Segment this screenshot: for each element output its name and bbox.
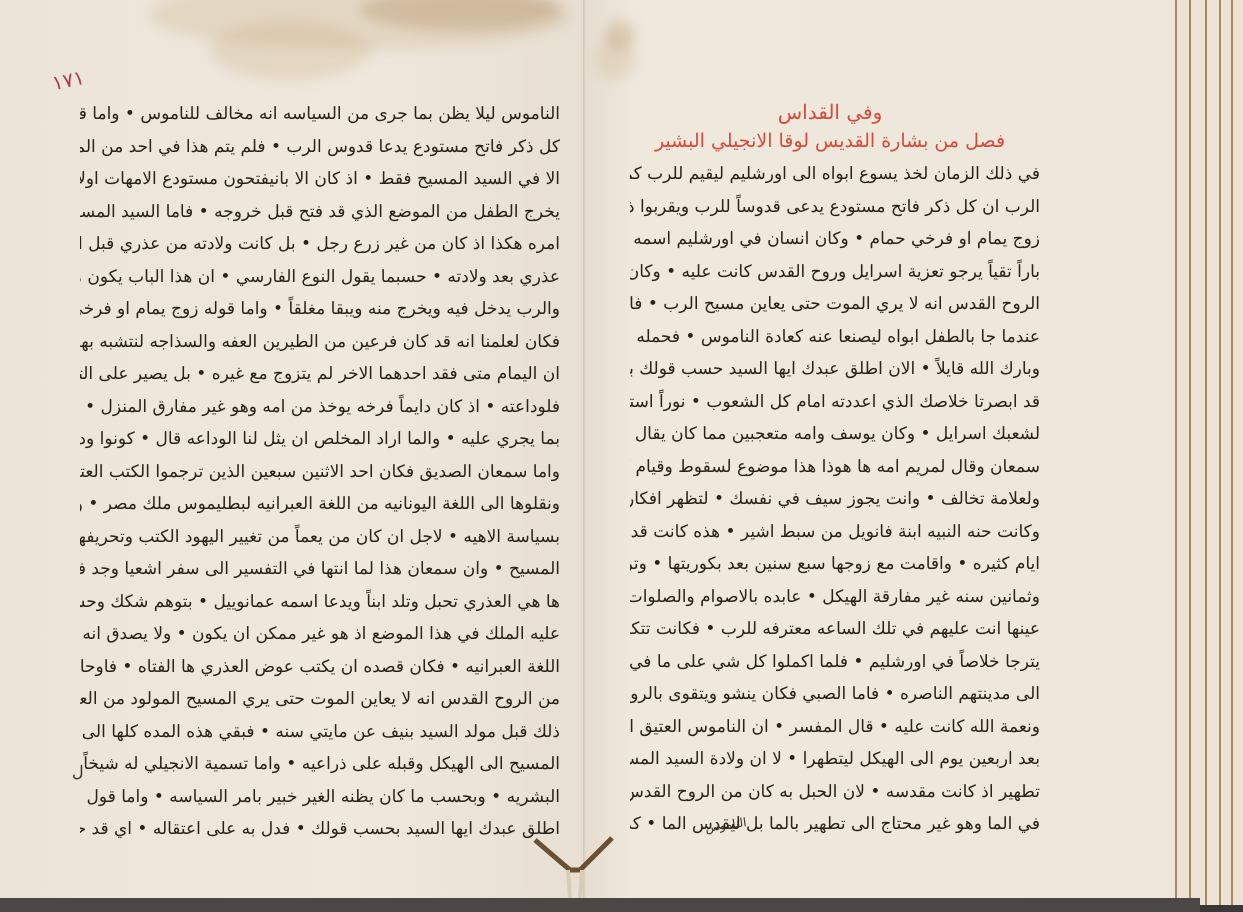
- margin-mark: ل: [72, 762, 84, 781]
- text-line: الى مدينتهم الناصره • فاما الصبي فكان ين…: [630, 678, 1040, 711]
- text-line: عليه الملك في هذا الموضع اذ هو غير ممكن …: [80, 618, 560, 651]
- text-line: ايام كثيره • واقامت مع زوجها سبع سنين بع…: [630, 548, 1040, 581]
- background-surface: [0, 898, 1200, 912]
- text-line: قد ابصرتا خلاصك الذي اعددته امام كل الشع…: [630, 386, 1040, 419]
- rubric-line-2: فصل من بشارة القديس لوقا الانجيلي البشير: [640, 130, 1020, 152]
- text-line: فلوداعته • اذ كان دايماً فرخه يوخذ من ام…: [80, 391, 560, 424]
- binding-tab-icon: [530, 830, 620, 900]
- text-line: عندما جا بالطفل ابواه ليصنعا عنه كعادة ا…: [630, 321, 1040, 354]
- text-line: الناموس ليلا يظن بما جرى من السياسه انه …: [80, 98, 560, 131]
- text-line: واما سمعان الصديق فكان احد الاثنين سبعين…: [80, 456, 560, 489]
- text-line: عينها انت عليهم في تلك الساعه معترفه للر…: [630, 613, 1040, 646]
- left-text-block: الناموس ليلا يظن بما جرى من السياسه انه …: [80, 98, 560, 846]
- text-line: لشعبك اسرايل • وكان يوسف وامه متعجبين مم…: [630, 418, 1040, 451]
- right-text-block: في ذلك الزمان لخذ يسوع ابواه الى اورشليم…: [630, 158, 1040, 841]
- text-line: سمعان وقال لمريم امه ها هوذا هذا موضوع ل…: [630, 451, 1040, 484]
- text-line: بما يجري عليه • والما اراد المخلص ان يثل…: [80, 423, 560, 456]
- text-line: كل ذكر فاتح مستودع يدعا قدوس الرب • فلم …: [80, 131, 560, 164]
- text-line: ها هي العذري تحبل وتلد ابناً ويدعا اسمه …: [80, 586, 560, 619]
- text-line: تطهير اذ كانت مقدسه • لان الحبل به كان م…: [630, 776, 1040, 809]
- text-line: ونعمة الله كانت عليه • قال المفسر • ان ا…: [630, 711, 1040, 744]
- text-line: ذلك قبل مولد السيد بنيف عن مايتي سنه • ف…: [80, 716, 560, 749]
- manuscript-spread: ١٧١ الناموس ليلا يظن بما جرى من السياسه …: [0, 0, 1243, 912]
- text-line: ولعلامة تخالف • وانت يجوز سيف في نفسك • …: [630, 483, 1040, 516]
- text-line: اطلق عبدك ايها السيد بحسب قولك • فدل به …: [80, 813, 560, 846]
- text-line: فكان لعلمنا انه قد كان فرعين من الطيرين …: [80, 326, 560, 359]
- text-line: الا في السيد المسيح فقط • اذ كان الا بان…: [80, 163, 560, 196]
- book-gutter: [583, 0, 586, 912]
- text-line: اللغة العبرانيه • فكان قصده ان يكتب عوض …: [80, 651, 560, 684]
- text-line: باراً تقياً يرجو تعزية اسرايل وروح القدس…: [630, 256, 1040, 289]
- text-line: بعد اربعين يوم الى الهيكل ليتطهرا • لا ا…: [630, 743, 1040, 776]
- text-line: المسيح • وان سمعان هذا لما انتها في التف…: [80, 553, 560, 586]
- page-edges: [1175, 0, 1243, 912]
- text-line: ونقلوها الى اللغة اليونانيه من اللغة الع…: [80, 488, 560, 521]
- text-line: من الروح القدس انه لا يعاين الموت حتى ير…: [80, 683, 560, 716]
- text-line: في ذلك الزمان لخذ يسوع ابواه الى اورشليم…: [630, 158, 1040, 191]
- text-line: يخرج الطفل من الموضع الذي قد فتح قبل خرو…: [80, 196, 560, 229]
- text-line: بسياسة الاهيه • لاجل ان كان من يعماً من …: [80, 521, 560, 554]
- text-line: والرب يدخل فيه ويخرج منه ويبقا مغلقاً • …: [80, 293, 560, 326]
- text-line: يترجا خلاصاً في اورشليم • فلما اكملوا كل…: [630, 646, 1040, 679]
- text-line: الرب ان كل ذكر فاتح مستودع يدعى قدوساً ل…: [630, 191, 1040, 224]
- text-line: وكانت حنه النبيه ابنة فانويل من سبط اشير…: [630, 516, 1040, 549]
- water-stain: [605, 20, 635, 50]
- rubric-heading: وفي القداس فصل من بشارة القديس لوقا الان…: [640, 100, 1020, 160]
- text-line: وبارك الله قايلاً • الان اطلق عبدك ايها …: [630, 353, 1040, 386]
- text-line: البشريه • وبحسب ما كان يظنه الغير خبير ب…: [80, 781, 560, 814]
- text-line: الروح القدس انه لا يري الموت حتى يعاين م…: [630, 288, 1040, 321]
- text-line: امره هكذا اذ كان من غير زرع رجل • بل كان…: [80, 228, 560, 261]
- text-line: عذري بعد ولادته • حسبما يقول النوع الفار…: [80, 261, 560, 294]
- text-line: زوج يمام او فرخي حمام • وكان انسان في او…: [630, 223, 1040, 256]
- water-stain: [210, 20, 370, 80]
- text-line: وثمانين سنه غير مفارقة الهيكل • عابده با…: [630, 581, 1040, 614]
- text-line: المسيح الى الهيكل وقبله على ذراعيه • وام…: [80, 748, 560, 781]
- text-line: ان اليمام متى فقد احدهما الاخر لم يتزوج …: [80, 358, 560, 391]
- rubric-line-1: وفي القداس: [640, 100, 1020, 124]
- text-line: في الما وهو غير محتاج الى تطهير بالما بل…: [630, 808, 1040, 841]
